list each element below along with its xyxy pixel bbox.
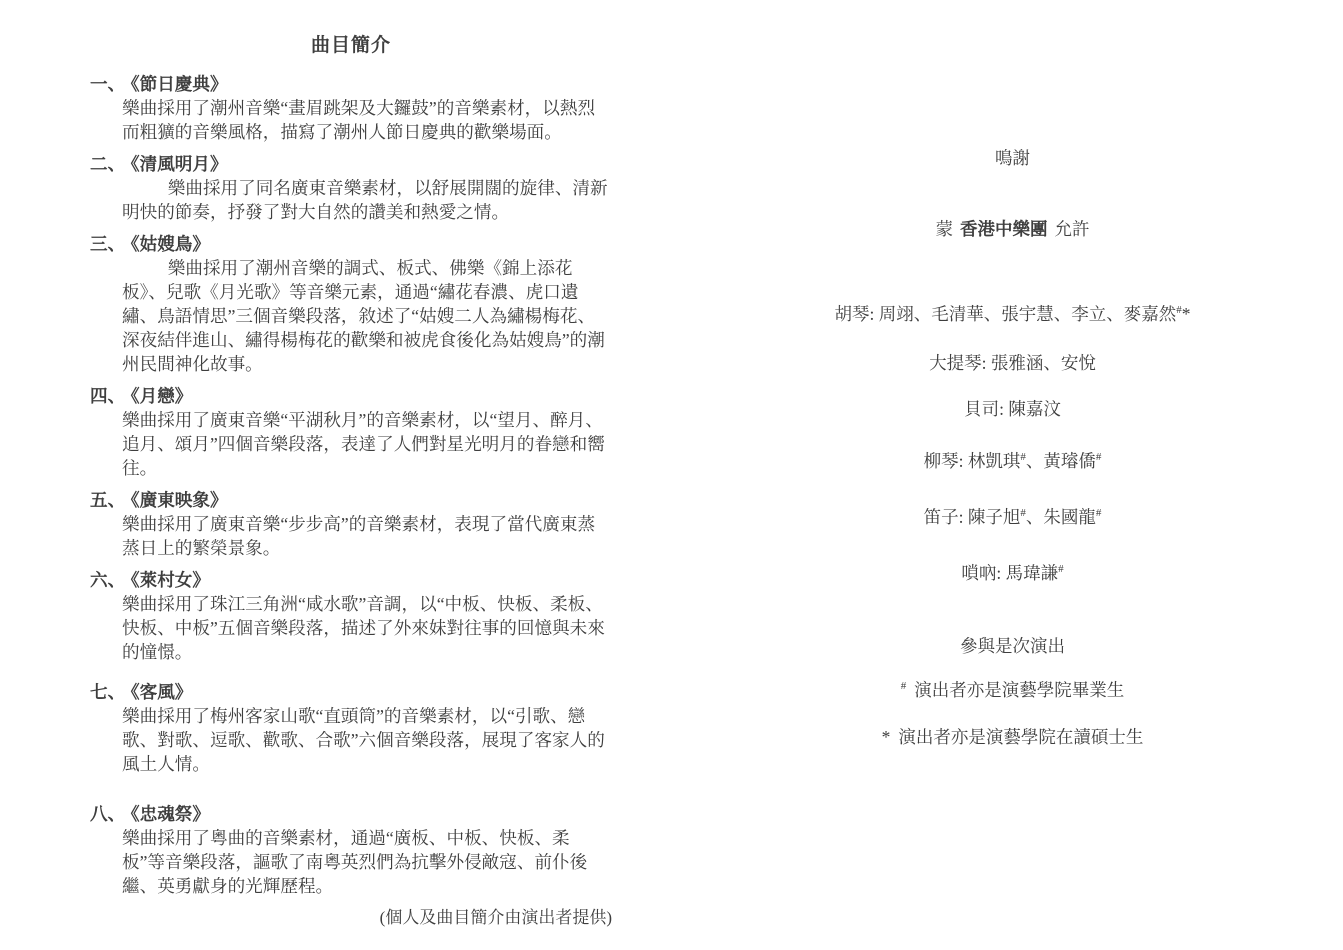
performer-row: 柳琴: 林凱琪#、黃璿僑# <box>785 449 1240 473</box>
legend-marker: * <box>882 727 891 747</box>
item-heading: 八、 《忠魂祭》 <box>90 802 612 826</box>
item-description: 樂曲採用了同名廣東音樂素材，以舒展開闊的旋律、清新明快的節奏，抒發了對大自然的讚… <box>122 176 612 224</box>
performer-name: 周翊 <box>879 304 914 324</box>
legend-marker: # <box>901 680 907 692</box>
programme-item: 五、 《廣東映象》 樂曲採用了廣東音樂“步步高”的音樂素材，表現了當代廣東蒸蒸日… <box>90 488 612 560</box>
performer-row: 大提琴: 張雅涵、安悅 <box>785 351 1240 375</box>
performer-name: 馬瑋謙 <box>1006 563 1059 583</box>
instrument-label: 胡琴: <box>835 304 879 324</box>
item-title: 《忠魂祭》 <box>122 802 210 826</box>
item-number: 一、 <box>90 72 122 96</box>
legend-list: #演出者亦是演藝學院畢業生 *演出者亦是演藝學院在讀碩士生 <box>785 678 1240 749</box>
programme-items: 一、 《節日慶典》 樂曲採用了潮州音樂“畫眉跳架及大鑼鼓”的音樂素材，以熱烈而粗… <box>90 72 612 898</box>
graduate-marker: # <box>1096 451 1102 463</box>
instrument-label: 大提琴: <box>929 353 991 373</box>
performers-list: 胡琴: 周翊、毛清華、張宇慧、李立、麥嘉然#* 大提琴: 張雅涵、安悅 貝司: … <box>785 302 1240 585</box>
item-title: 《月戀》 <box>122 384 192 408</box>
item-title: 《姑嫂鳥》 <box>122 232 210 256</box>
orchestra-name: 香港中樂團 <box>960 219 1048 239</box>
performer-name: 麥嘉然 <box>1124 304 1177 324</box>
item-title: 《清風明月》 <box>122 152 228 176</box>
item-title: 《廣東映象》 <box>122 488 228 512</box>
legend-text: 演出者亦是演藝學院在讀碩士生 <box>898 727 1143 747</box>
graduate-marker: # <box>1020 507 1026 519</box>
item-title: 《客風》 <box>122 680 192 704</box>
permission-suffix: 允許 <box>1055 219 1090 239</box>
performer-name: 毛清華 <box>931 304 984 324</box>
item-heading: 四、 《月戀》 <box>90 384 612 408</box>
performer-name: 安悅 <box>1061 353 1096 373</box>
performer-name: 林凱琪 <box>968 451 1021 471</box>
permission-line: 蒙香港中樂團允許 <box>785 217 1240 241</box>
item-title: 《節日慶典》 <box>122 72 228 96</box>
performer-names: 馬瑋謙# <box>1006 563 1064 583</box>
performer-names: 陳子旭#、朱國龍# <box>968 507 1102 527</box>
item-number: 三、 <box>90 232 122 256</box>
item-number: 六、 <box>90 568 122 592</box>
graduate-marker: # <box>1058 563 1064 575</box>
programme-item: 三、 《姑嫂鳥》 樂曲採用了潮州音樂的調式、板式、佛樂《錦上添花板》、兒歌《月光… <box>90 232 612 376</box>
performer-name: 陳嘉汶 <box>1008 399 1061 419</box>
programme-item: 八、 《忠魂祭》 樂曲採用了粵曲的音樂素材，通過“廣板、中板、快板、柔板”等音樂… <box>90 802 612 898</box>
programme-item: 七、 《客風》 樂曲採用了梅州客家山歌“直頭筒”的音樂素材，以“引歌、戀歌、對歌… <box>90 680 612 776</box>
item-number: 二、 <box>90 152 122 176</box>
programme-item: 六、 《萊村女》 樂曲採用了珠江三角洲“咸水歌”音調，以“中板、快板、柔板、快板… <box>90 568 612 664</box>
item-heading: 七、 《客風》 <box>90 680 612 704</box>
performer-row: 笛子: 陳子旭#、朱國龍# <box>785 505 1240 529</box>
item-description: 樂曲採用了廣東音樂“平湖秋月”的音樂素材，以“望月、醉月、追月、頌月”四個音樂段… <box>122 408 612 480</box>
item-heading: 二、 《清風明月》 <box>90 152 612 176</box>
item-description: 樂曲採用了梅州客家山歌“直頭筒”的音樂素材，以“引歌、戀歌、對歌、逗歌、歡歌、合… <box>122 704 612 776</box>
item-heading: 六、 《萊村女》 <box>90 568 612 592</box>
programme-footer-note: (個人及曲目簡介由演出者提供) <box>90 906 612 930</box>
acknowledgement-column: 鳴謝 蒙香港中樂團允許 胡琴: 周翊、毛清華、張宇慧、李立、麥嘉然#* 大提琴:… <box>785 146 1240 749</box>
performer-name: 張宇慧 <box>1001 304 1054 324</box>
programme-notes-column: 曲目簡介 一、 《節日慶典》 樂曲採用了潮州音樂“畫眉跳架及大鑼鼓”的音樂素材，… <box>90 34 612 930</box>
item-number: 五、 <box>90 488 122 512</box>
acknowledgement-title: 鳴謝 <box>785 146 1240 170</box>
performer-row: 嗩吶: 馬瑋謙# <box>785 561 1240 585</box>
performer-names: 周翊、毛清華、張宇慧、李立、麥嘉然#* <box>879 304 1191 324</box>
instrument-label: 笛子: <box>924 507 968 527</box>
performer-name: 陳子旭 <box>968 507 1021 527</box>
permission-prefix: 蒙 <box>936 219 954 239</box>
programme-item: 二、 《清風明月》 樂曲採用了同名廣東音樂素材，以舒展開闊的旋律、清新明快的節奏… <box>90 152 612 224</box>
item-number: 四、 <box>90 384 122 408</box>
performer-name: 張雅涵 <box>991 353 1044 373</box>
item-description: 樂曲採用了粵曲的音樂素材，通過“廣板、中板、快板、柔板”等音樂段落，謳歌了南粵英… <box>122 826 612 898</box>
item-description: 樂曲採用了潮州音樂的調式、板式、佛樂《錦上添花板》、兒歌《月光歌》等音樂元素，通… <box>122 256 612 376</box>
graduate-marker: # <box>1096 507 1102 519</box>
programme-item: 四、 《月戀》 樂曲採用了廣東音樂“平湖秋月”的音樂素材，以“望月、醉月、追月、… <box>90 384 612 480</box>
item-number: 七、 <box>90 680 122 704</box>
item-number: 八、 <box>90 802 122 826</box>
performer-name: 李立 <box>1071 304 1106 324</box>
item-heading: 一、 《節日慶典》 <box>90 72 612 96</box>
item-description: 樂曲採用了廣東音樂“步步高”的音樂素材，表現了當代廣東蒸蒸日上的繁榮景象。 <box>122 512 612 560</box>
performer-name: 朱國龍 <box>1043 507 1096 527</box>
item-description: 樂曲採用了潮州音樂“畫眉跳架及大鑼鼓”的音樂素材，以熱烈而粗獷的音樂風格，描寫了… <box>122 96 612 144</box>
performer-name: 黃璿僑 <box>1043 451 1096 471</box>
item-heading: 五、 《廣東映象》 <box>90 488 612 512</box>
page-title: 曲目簡介 <box>90 34 612 58</box>
legend-text: 演出者亦是演藝學院畢業生 <box>914 680 1124 700</box>
performer-names: 林凱琪#、黃璿僑# <box>968 451 1102 471</box>
performer-names: 張雅涵、安悅 <box>991 353 1096 373</box>
item-heading: 三、 《姑嫂鳥》 <box>90 232 612 256</box>
programme-item: 一、 《節日慶典》 樂曲採用了潮州音樂“畫眉跳架及大鑼鼓”的音樂素材，以熱烈而粗… <box>90 72 612 144</box>
performer-row: 貝司: 陳嘉汶 <box>785 397 1240 421</box>
participation-line: 參與是次演出 <box>785 634 1240 658</box>
instrument-label: 柳琴: <box>924 451 968 471</box>
item-title: 《萊村女》 <box>122 568 210 592</box>
performer-names: 陳嘉汶 <box>1008 399 1061 419</box>
item-description: 樂曲採用了珠江三角洲“咸水歌”音調，以“中板、快板、柔板、快板、中板”五個音樂段… <box>122 592 612 664</box>
legend-row: *演出者亦是演藝學院在讀碩士生 <box>785 725 1240 749</box>
masters-marker: * <box>1182 304 1191 324</box>
graduate-marker: # <box>1020 451 1026 463</box>
instrument-label: 貝司: <box>964 399 1008 419</box>
performer-row: 胡琴: 周翊、毛清華、張宇慧、李立、麥嘉然#* <box>785 302 1240 326</box>
legend-row: #演出者亦是演藝學院畢業生 <box>785 678 1240 702</box>
instrument-label: 嗩吶: <box>961 563 1005 583</box>
